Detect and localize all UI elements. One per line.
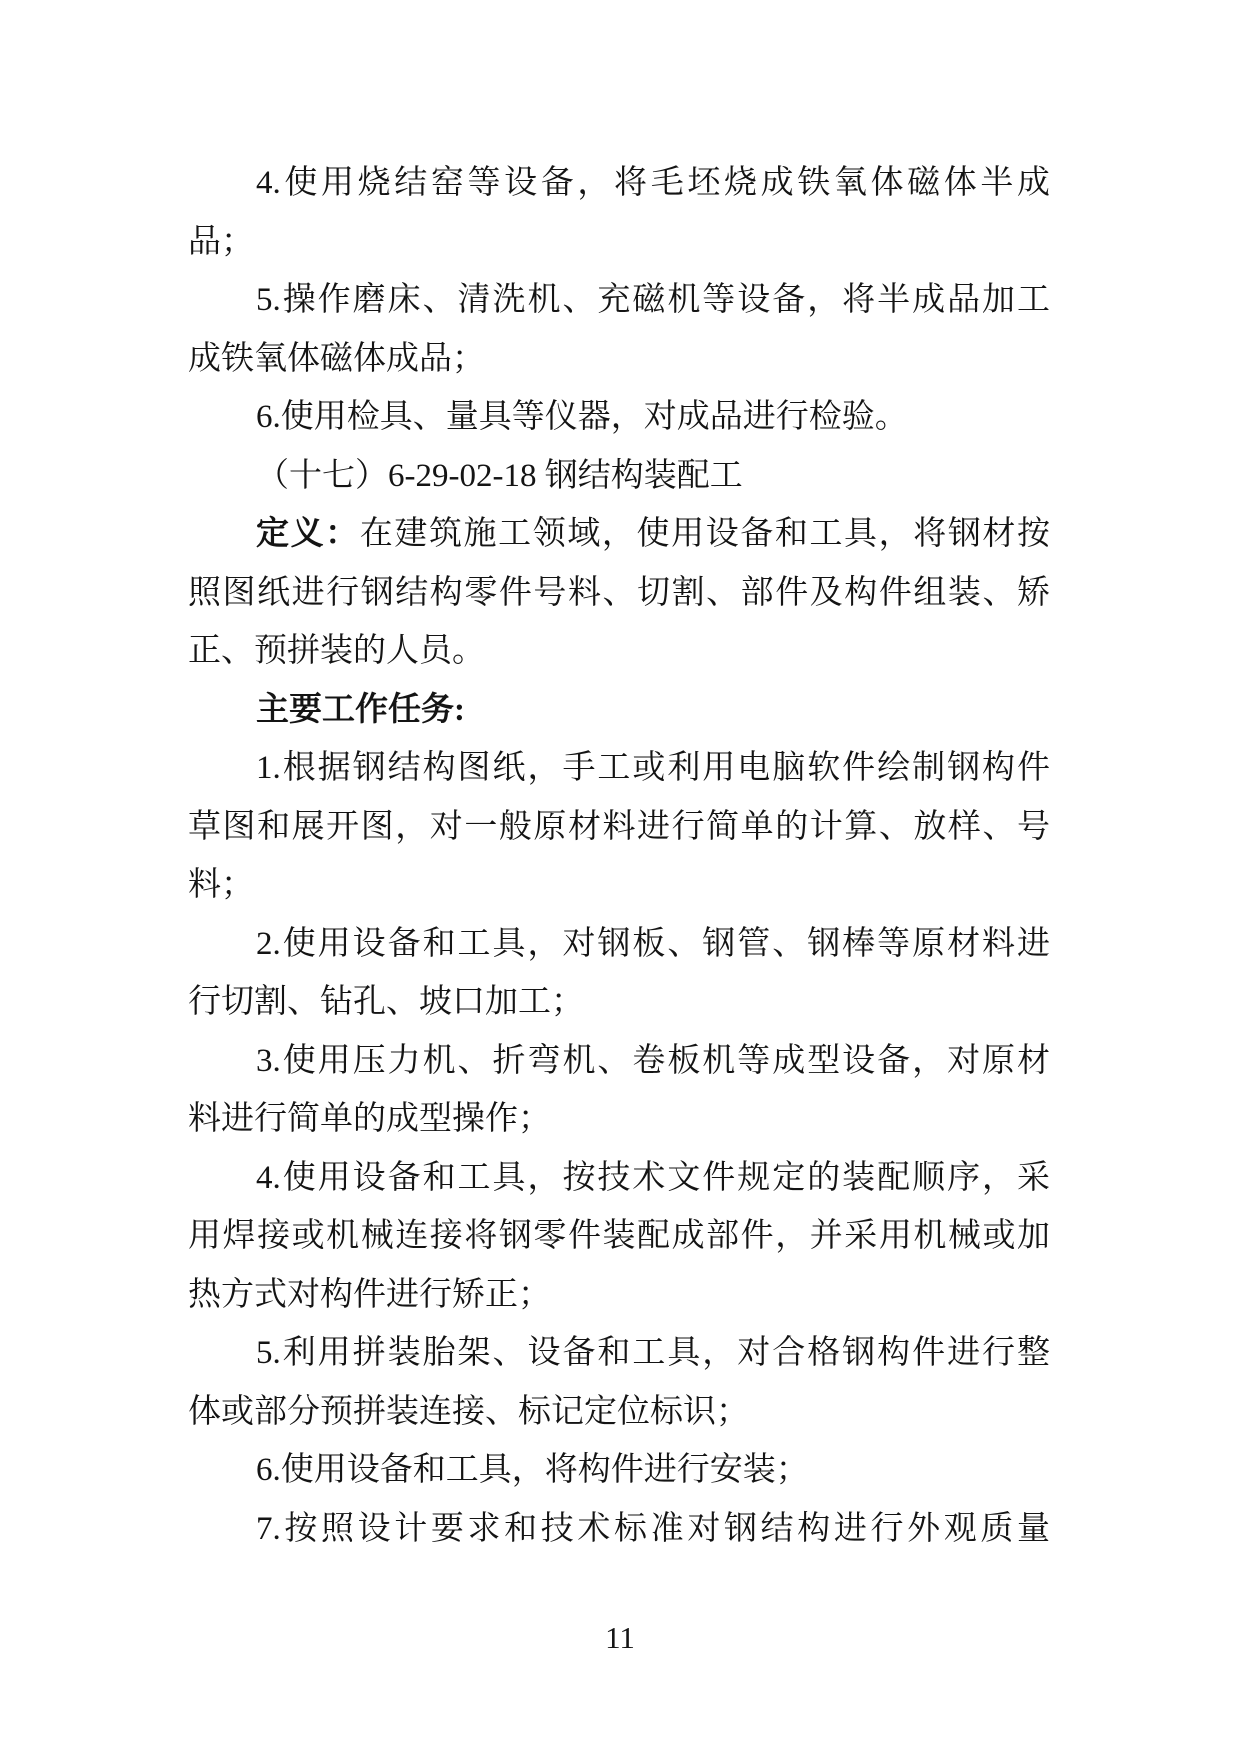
- text-line: 行切割、钻孔、坡口加工；: [188, 973, 1050, 1032]
- text-segment: 照图纸进行钢结构零件号料、切割、部件及构件组装、矫: [188, 575, 1050, 611]
- text-segment: 5.利用拼装胎架、设备和工具，对合格钢构件进行整: [256, 1335, 1050, 1371]
- text-segment: 正、预拼装的人员。: [188, 633, 485, 669]
- text-line: 2.使用设备和工具，对钢板、钢管、钢棒等原材料进: [188, 915, 1050, 974]
- text-segment: 5.操作磨床、清洗机、充磁机等设备，将半成品加工: [256, 282, 1050, 318]
- text-line: （十七）6-29-02-18 钢结构装配工: [188, 447, 1050, 506]
- text-segment: 行切割、钻孔、坡口加工；: [188, 984, 584, 1020]
- text-line: 用焊接或机械连接将钢零件装配成部件，并采用机械或加: [188, 1207, 1050, 1266]
- text-line: 1.根据钢结构图纸，手工或利用电脑软件绘制钢构件: [188, 739, 1050, 798]
- text-line: 定义：在建筑施工领域，使用设备和工具，将钢材按: [188, 505, 1050, 564]
- text-line: 品；: [188, 213, 1050, 272]
- text-line: 主要工作任务:: [188, 681, 1050, 740]
- text-line: 照图纸进行钢结构零件号料、切割、部件及构件组装、矫: [188, 564, 1050, 623]
- text-segment: 3.使用压力机、折弯机、卷板机等成型设备，对原材: [256, 1043, 1050, 1079]
- text-line: 4.使用设备和工具，按技术文件规定的装配顺序，采: [188, 1149, 1050, 1208]
- text-segment: 在建筑施工领域，使用设备和工具，将钢材按: [360, 516, 1050, 552]
- text-segment: 2.使用设备和工具，对钢板、钢管、钢棒等原材料进: [256, 926, 1050, 962]
- text-line: 6.使用检具、量具等仪器，对成品进行检验。: [188, 388, 1050, 447]
- document-body: 4.使用烧结窑等设备，将毛坯烧成铁氧体磁体半成品；5.操作磨床、清洗机、充磁机等…: [188, 154, 1050, 1558]
- text-line: 体或部分预拼装连接、标记定位标识；: [188, 1383, 1050, 1442]
- text-line: 6.使用设备和工具，将构件进行安装；: [188, 1441, 1050, 1500]
- text-segment: 料进行简单的成型操作；: [188, 1101, 551, 1137]
- document-page: 4.使用烧结窑等设备，将毛坯烧成铁氧体磁体半成品；5.操作磨床、清洗机、充磁机等…: [0, 0, 1240, 1753]
- text-segment: 4.使用烧结窑等设备，将毛坯烧成铁氧体磁体半成: [256, 165, 1050, 201]
- text-segment: 体或部分预拼装连接、标记定位标识；: [188, 1394, 749, 1430]
- text-segment: 定义：: [256, 516, 360, 552]
- text-segment: 料；: [188, 867, 254, 903]
- text-segment: 主要工作任务:: [256, 692, 465, 728]
- text-segment: 品；: [188, 224, 254, 260]
- text-line: 正、预拼装的人员。: [188, 622, 1050, 681]
- text-line: 3.使用压力机、折弯机、卷板机等成型设备，对原材: [188, 1032, 1050, 1091]
- text-segment: 7.按照设计要求和技术标准对钢结构进行外观质量: [256, 1511, 1050, 1547]
- text-segment: （十七）6-29-02-18 钢结构装配工: [256, 458, 743, 494]
- text-segment: 热方式对构件进行矫正；: [188, 1277, 551, 1313]
- text-segment: 成铁氧体磁体成品；: [188, 341, 485, 377]
- text-segment: 6.使用检具、量具等仪器，对成品进行检验。: [256, 399, 908, 435]
- text-line: 成铁氧体磁体成品；: [188, 330, 1050, 389]
- text-line: 热方式对构件进行矫正；: [188, 1266, 1050, 1325]
- text-segment: 用焊接或机械连接将钢零件装配成部件，并采用机械或加: [188, 1218, 1050, 1254]
- text-line: 草图和展开图，对一般原材料进行简单的计算、放样、号: [188, 798, 1050, 857]
- text-line: 5.操作磨床、清洗机、充磁机等设备，将半成品加工: [188, 271, 1050, 330]
- text-line: 4.使用烧结窑等设备，将毛坯烧成铁氧体磁体半成: [188, 154, 1050, 213]
- text-segment: 草图和展开图，对一般原材料进行简单的计算、放样、号: [188, 809, 1050, 845]
- text-segment: 4.使用设备和工具，按技术文件规定的装配顺序，采: [256, 1160, 1050, 1196]
- page-number: 11: [0, 1622, 1240, 1654]
- text-segment: 1.根据钢结构图纸，手工或利用电脑软件绘制钢构件: [256, 750, 1050, 786]
- text-line: 7.按照设计要求和技术标准对钢结构进行外观质量: [188, 1500, 1050, 1559]
- text-line: 料；: [188, 856, 1050, 915]
- text-segment: 6.使用设备和工具，将构件进行安装；: [256, 1452, 809, 1488]
- text-line: 5.利用拼装胎架、设备和工具，对合格钢构件进行整: [188, 1324, 1050, 1383]
- text-line: 料进行简单的成型操作；: [188, 1090, 1050, 1149]
